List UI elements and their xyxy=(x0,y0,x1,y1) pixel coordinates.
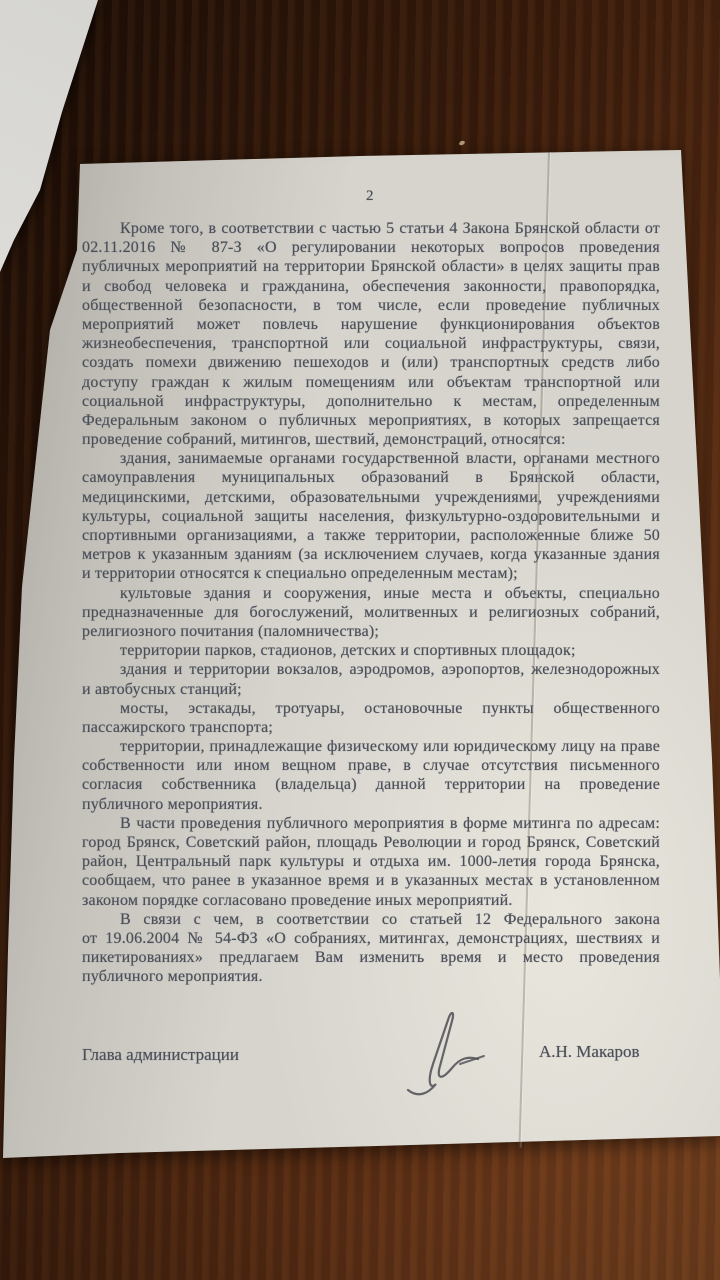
text-line: пассажирского транспорта; xyxy=(82,718,660,737)
text-line: сообщаем, что ранее в указанное время и … xyxy=(82,871,660,890)
text-line: доступу граждан к жилым помещениям или о… xyxy=(82,373,660,392)
text-line: культовые здания и сооружения, иные мест… xyxy=(82,584,660,603)
text-line: предназначенные для богослужений, молитв… xyxy=(82,603,660,622)
text-line: и свобод человека и гражданина, обеспече… xyxy=(82,277,660,296)
text-line: согласия собственника (владельца) данной… xyxy=(82,775,660,794)
text-line: медицинскими, детскими, образовательными… xyxy=(82,488,660,507)
text-line: город Брянск, Советский район, площадь Р… xyxy=(82,833,660,852)
text-line: публичных мероприятий на территории Брян… xyxy=(82,257,660,276)
body-text: Кроме того, в соответствии с частью 5 ст… xyxy=(82,219,660,987)
text-line: публичного мероприятия. xyxy=(82,795,660,814)
text-line: публичного мероприятия. xyxy=(82,967,660,986)
text-line: жизнеобеспечения, транспортной или социа… xyxy=(82,334,660,353)
text-line: В части проведения публичного мероприяти… xyxy=(82,814,660,833)
signatory-name: А.Н. Макаров xyxy=(539,1042,640,1062)
text-line: здания, занимаемые органами государствен… xyxy=(82,449,660,468)
handwritten-signature xyxy=(404,1006,496,1102)
text-line: собственности или ином вещном праве, в с… xyxy=(82,756,660,775)
text-line: территории, принадлежащие физическому ил… xyxy=(82,737,660,756)
text-line: общественной безопасности, в том числе, … xyxy=(82,296,660,315)
text-line: мосты, эстакады, тротуары, остановочные … xyxy=(82,699,660,718)
text-line: культуры, социальной защиты населения, ф… xyxy=(82,507,660,526)
text-line: религиозного почитания (паломничества); xyxy=(82,622,660,641)
text-line: мероприятий может повлечь нарушение функ… xyxy=(82,315,660,334)
photo-of-document: 2 Кроме того, в соответствии с частью 5 … xyxy=(0,0,720,1280)
text-line: метров к указанным зданиям (за исключени… xyxy=(82,545,660,564)
text-line: создать помехи движению пешеходов и (или… xyxy=(82,353,660,372)
text-line: и территории относятся к специально опре… xyxy=(82,564,660,583)
text-line: Кроме того, в соответствии с частью 5 ст… xyxy=(82,219,660,238)
text-line: законом порядке согласовано проведение и… xyxy=(82,891,660,910)
text-line: район, Центральный парк культуры и отдых… xyxy=(82,852,660,871)
text-line: территории парков, стадионов, детских и … xyxy=(82,641,660,660)
text-line: пикетированиях» предлагаем Вам изменить … xyxy=(82,948,660,967)
text-line: здания и территории вокзалов, аэродромов… xyxy=(82,660,660,679)
page-number: 2 xyxy=(366,188,374,205)
text-line: и автобусных станций; xyxy=(82,680,660,699)
text-line: спортивными организациями, а также терри… xyxy=(82,526,660,545)
text-line: от 19.06.2004 № 54-ФЗ «О собраниях, мити… xyxy=(82,929,660,948)
text-line: социальной инфраструктуры, дополнительно… xyxy=(82,392,660,411)
text-line: проведение собраний, митингов, шествий, … xyxy=(82,430,660,449)
text-line: самоуправления муниципальных образований… xyxy=(82,468,660,487)
text-line: Федеральным законом о публичных мероприя… xyxy=(82,411,660,430)
photo-layer: 2 Кроме того, в соответствии с частью 5 … xyxy=(0,0,720,1280)
text-line: 02.11.2016 № 87-З «О регулировании некот… xyxy=(82,238,660,257)
signatory-role: Глава администрации xyxy=(82,1045,239,1065)
text-line: В связи с чем, в соответствии со статьей… xyxy=(82,910,660,929)
